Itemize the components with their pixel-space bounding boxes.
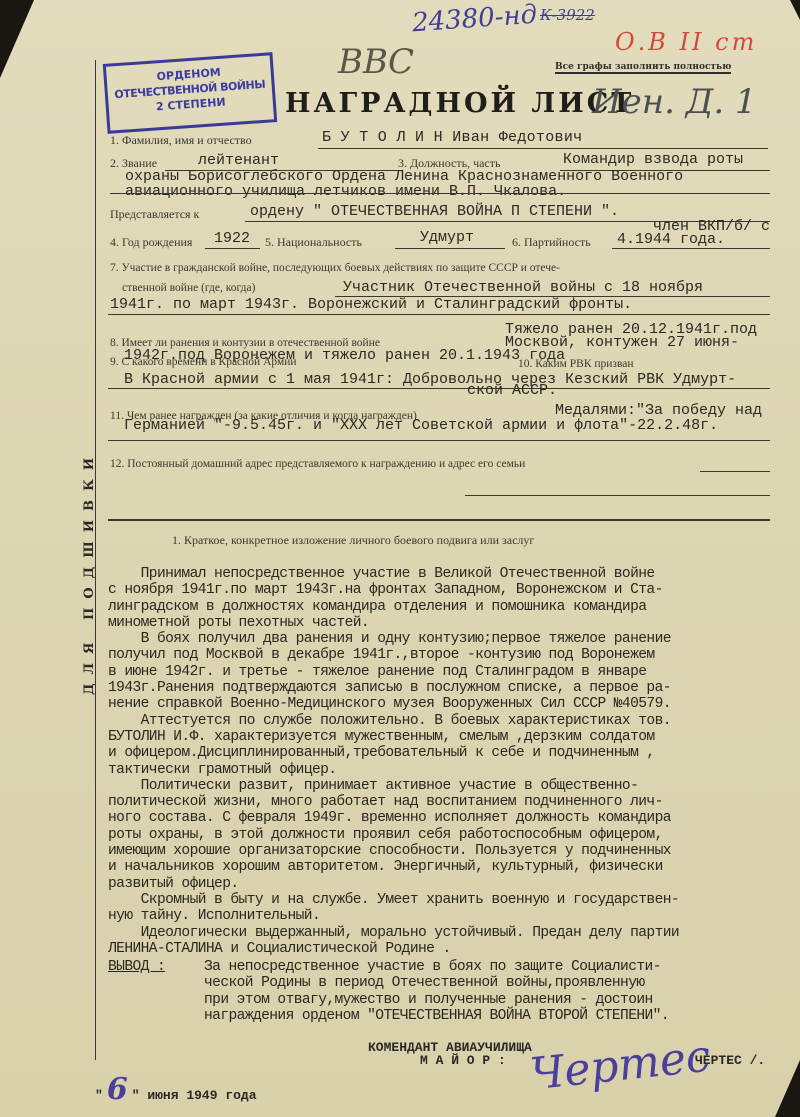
description-line: роты охраны, в этой должности проявил се… xyxy=(108,827,798,843)
description-line: политической жизни, много работает над в… xyxy=(108,794,798,810)
conclusion-line: при этом отвагу,мужество и полученные ра… xyxy=(204,992,669,1008)
description-line: с ноября 1941г.по март 1943г.на фронтах … xyxy=(108,582,798,598)
field-10-label: 10. Каким РВК призван xyxy=(518,358,634,370)
field-5-line xyxy=(395,248,505,249)
description-line: В боях получил два ранения и одну контуз… xyxy=(108,631,798,647)
description-line: и офицером.Дисциплинированный,требовател… xyxy=(108,745,798,761)
description-line: линградском в должностях командира отдел… xyxy=(108,599,798,615)
field-6-label: 6. Партийность xyxy=(512,235,591,250)
field-1-line xyxy=(318,148,768,149)
field-12-line-2 xyxy=(465,495,770,496)
description-line: и начальников хорошим авторитетом. Энерг… xyxy=(108,859,798,875)
description-line: Скромный в быту и на службе. Умеет храни… xyxy=(108,892,798,908)
description-line: в июне 1942г. и третье - тяжелое ранение… xyxy=(108,664,798,680)
description-line: Политически развит, принимает активное у… xyxy=(108,778,798,794)
field-11-line xyxy=(108,440,770,441)
merit-description: Принимал непосредственное участие в Вели… xyxy=(108,566,798,1024)
signatory-rank: М А Й О Р : xyxy=(420,1053,506,1068)
section-1-title: 1. Краткое, конкретное изложение личного… xyxy=(172,533,534,548)
field-5-value: Удмурт xyxy=(420,229,474,246)
description-line: имеющим хорошие организаторские способно… xyxy=(108,843,798,859)
description-line: развитый офицер. xyxy=(108,876,798,892)
field-9-value: В Красной армии с 1 мая 1941г: Доброволь… xyxy=(124,371,736,388)
presented-value: ордену " ОТЕЧЕСТВЕННАЯ ВОЙНА П СТЕПЕНИ "… xyxy=(250,203,619,220)
field-4-label: 4. Год рождения xyxy=(110,235,192,250)
description-line: минометной роты пехотных частей. xyxy=(108,615,798,631)
description-line: Идеологически выдержанный, морально усто… xyxy=(108,925,798,941)
field-11-value-2: Германией "-9.5.45г. и "XXX лет Советско… xyxy=(124,417,718,434)
presented-label: Представляется к xyxy=(110,207,199,222)
conclusion-line: награждения орденом "ОТЕЧЕСТВЕННАЯ ВОЙНА… xyxy=(204,1008,669,1024)
field-12-line-3 xyxy=(108,519,770,521)
handwritten-red-mark: О.В II ст xyxy=(615,28,757,56)
field-7-label-line-2: ственной войне (где, когда) xyxy=(122,282,255,294)
field-8-value-3: 1942г.под Воронежем и тяжело ранен 20.1.… xyxy=(124,347,565,364)
description-line: Принимал непосредственное участие в Вели… xyxy=(108,566,798,582)
field-6-value: 4.1944 года. xyxy=(617,231,725,248)
description-line: ного состава. С февраля 1949г. временно … xyxy=(108,810,798,826)
description-line: ную тайну. Исполнительный. xyxy=(108,908,798,924)
field-3-continuation-2: авиационного училища летчиков имени В.П.… xyxy=(125,183,566,200)
field-2-value: лейтенант xyxy=(198,152,279,169)
field-7-value-2: 1941г. по март 1943г. Воронежский и Стал… xyxy=(110,296,632,313)
handwritten-struck-number: К-3922 xyxy=(540,6,595,24)
instruction-text: Все графы заполнить полностью xyxy=(555,62,731,74)
date-line: "6" июня 1949 года xyxy=(95,1072,257,1107)
signatory-name: ЧЕРТЕС /. xyxy=(695,1053,765,1068)
handwritten-vvs-mark: ВВС xyxy=(338,42,414,82)
conclusion-line: ческой Родины в период Отечественной вой… xyxy=(204,975,669,991)
field-9-line xyxy=(108,388,770,389)
field-3-value: Командир взвода роты xyxy=(563,151,743,168)
conclusion-block: ВЫВОД : За непосредственное участие в бо… xyxy=(108,959,798,1024)
description-line: получил под Москвой в декабре 1941г.,вто… xyxy=(108,647,798,663)
field-10-value: ской АССР. xyxy=(467,382,557,399)
field-12-label: 12. Постоянный домашний адрес представля… xyxy=(110,458,525,470)
description-line: Аттестуется по службе положительно. В бо… xyxy=(108,713,798,729)
date-quote-open: " xyxy=(95,1088,103,1103)
handwritten-pencil-mark: Иен. Д. 1 xyxy=(592,82,757,122)
binding-margin-label: ДЛЯ ПОДШИВКИ xyxy=(82,449,97,695)
field-3-line-2 xyxy=(110,193,770,194)
document-title: НАГРАДНОЙ ЛИСТ xyxy=(285,88,634,119)
description-line: 1943г.Ранения подтверждаются записью в п… xyxy=(108,680,798,696)
field-12-line-1 xyxy=(700,471,770,472)
field-6-line xyxy=(612,248,770,249)
award-stamp: ОРДЕНОМ ОТЕЧЕСТВЕННОЙ ВОЙНЫ 2 СТЕПЕНИ xyxy=(103,52,277,134)
description-line: ЛЕНИНА-СТАЛИНА и Социалистической Родине… xyxy=(108,941,798,957)
field-5-label: 5. Национальность xyxy=(265,235,362,250)
field-7-label-line-1: 7. Участие в гражданской войне, последую… xyxy=(110,262,560,274)
field-7-value-1: Участник Отечественной войны с 18 ноября xyxy=(343,279,703,296)
field-1-label: 1. Фамилия, имя и отчество xyxy=(110,133,252,148)
field-1-value: Б У Т О Л И Н Иван Федотович xyxy=(322,129,582,146)
date-quote-close: " xyxy=(132,1088,140,1103)
description-line: тактически грамотный офицер. xyxy=(108,762,798,778)
description-line: нение справкой Военно-Медицинского музея… xyxy=(108,696,798,712)
conclusion-label: ВЫВОД : xyxy=(108,959,204,1024)
date-rest: июня 1949 года xyxy=(147,1088,256,1103)
conclusion-line: За непосредственное участие в боях по за… xyxy=(204,959,669,975)
field-4-value: 1922 xyxy=(214,230,250,247)
field-4-line xyxy=(205,248,260,249)
date-day: 6 xyxy=(103,1072,132,1107)
field-7-line-2 xyxy=(108,314,770,315)
description-line: БУТОЛИН И.Ф. характеризуется мужественны… xyxy=(108,729,798,745)
